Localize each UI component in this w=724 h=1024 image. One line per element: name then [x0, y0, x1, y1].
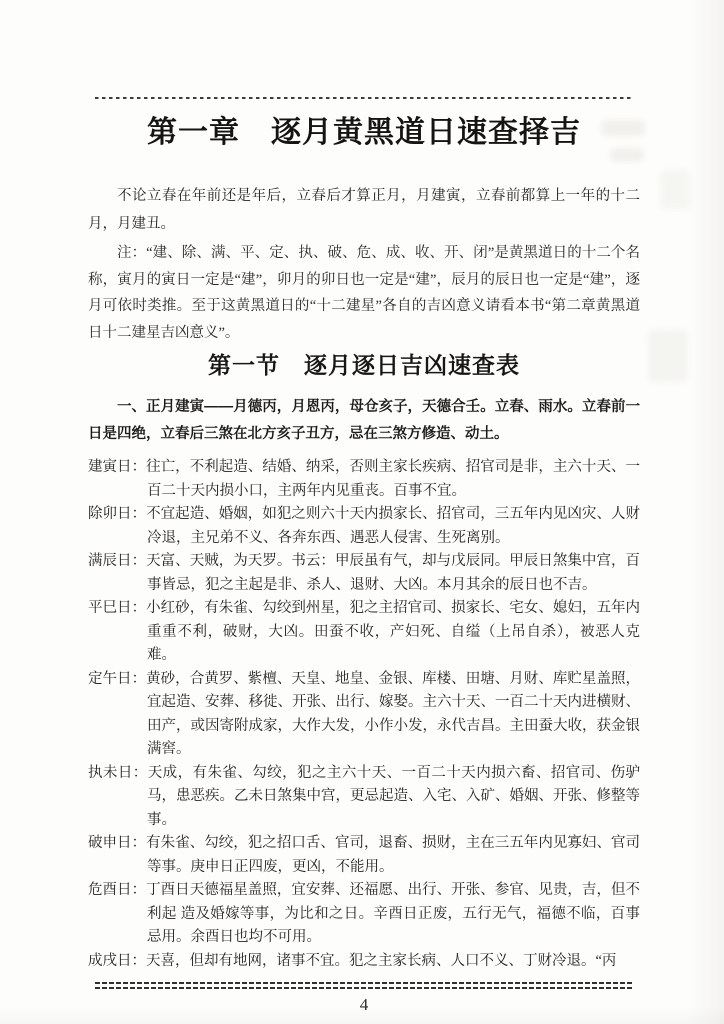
lead-paragraph: 一、正月建寅——月德丙，月恩丙，母仓亥子，天德合壬。立春、雨水。立春前一日是四绝…: [88, 394, 640, 448]
note-paragraph: 注：“建、除、满、平、定、执、破、危、成、收、开、闭”是黄黑道日的十二个名称，寅…: [88, 240, 640, 346]
entry-text: 天富、天贼，为天罗。书云：甲辰虽有气，却与戊辰同。甲辰日煞集中宫，百事皆忌，犯之…: [146, 553, 640, 593]
intro-paragraph: 不论立春在年前还是年后，立春后才算正月，月建寅，立春前都算上一年的十二月，月建丑…: [88, 182, 640, 238]
entry-row-chumao: 除卯日：不宜起造、婚姻，如犯之则六十天内损家长、招官司，三五年内见凶灾、人财冷退…: [88, 503, 640, 550]
entry-row-chengxu: 成戌日：天喜，但却有地网，诸事不宜。犯之主家长病、人口不义、丁财冷退。“丙: [88, 950, 640, 974]
chapter-title: 第一章 逐月黄黑道日速查择吉: [88, 110, 640, 156]
entry-text: 黄砂，合黄罗、紫檀、天皇、地皇、金银、库楼、田塘、月财、库贮星盖照，宜起造、安葬…: [146, 671, 640, 758]
entry-label: 执未日：: [88, 765, 148, 781]
entry-text: 丁酉日天德福星盖照，宜安葬、还福愿、出行、开张、参官、见贵，吉，但不利起 造及婚…: [146, 882, 640, 945]
entry-label: 除卯日：: [88, 506, 146, 522]
entry-row-zhiwei: 执未日：天成，有朱雀、勾绞，犯之主六十天、一百二十天内损六畜、招官司、伤驴马，患…: [88, 762, 640, 833]
entry-label: 平巳日：: [88, 600, 146, 616]
entry-text: 天成，有朱雀、勾绞，犯之主六十天、一百二十天内损六畜、招官司、伤驴马，患恶疾。乙…: [147, 765, 640, 828]
section-title: 第一节 逐月逐日吉凶速查表: [88, 348, 640, 382]
entry-text: 小红砂，有朱雀、勾绞到州星，犯之主招官司、损家长、宅女、媳妇，五年内重重不利，破…: [146, 600, 640, 663]
entry-text: 天喜，但却有地网，诸事不宜。犯之主家长病、人口不义、丁财冷退。“丙: [146, 953, 616, 969]
entry-row-dingwu: 定午日：黄砂，合黄罗、紫檀、天皇、地皇、金银、库楼、田塘、月财、库贮星盖照，宜起…: [88, 668, 640, 762]
ink-bleedthrough-mark: [660, 170, 690, 210]
page-number: 4: [88, 993, 640, 1017]
entry-label: 建寅日：: [88, 459, 146, 475]
entry-text: 往亡，不利起造、结婚、纳采，否则主家长疾病、招官司是非，主六十天、一百二十天内损…: [146, 459, 640, 499]
entry-row-weiyou: 危酉日：丁酉日天德福星盖照，宜安葬、还福愿、出行、开张、参官、见贵，吉，但不利起…: [88, 879, 640, 950]
entry-label: 成戌日：: [88, 953, 146, 969]
entry-row-pingsi: 平巳日：小红砂，有朱雀、勾绞到州星，犯之主招官司、损家长、宅女、媳妇，五年内重重…: [88, 597, 640, 668]
entry-label: 定午日：: [88, 671, 146, 687]
entry-row-manchen: 满辰日：天富、天贼，为天罗。书云：甲辰虽有气，却与戊辰同。甲辰日煞集中宫，百事皆…: [88, 550, 640, 597]
entry-label: 满辰日：: [88, 553, 146, 569]
entry-label: 破申日：: [88, 835, 146, 851]
scan-edge-shading: [688, 0, 724, 1024]
entry-text: 不宜起造、婚姻，如犯之则六十天内损家长、招官司，三五年内见凶灾、人财冷退，主兄弟…: [146, 506, 640, 546]
entry-row-jianyin: 建寅日：往亡，不利起造、结婚、纳采，否则主家长疾病、招官司是非，主六十天、一百二…: [88, 456, 640, 503]
top-divider: [95, 97, 632, 99]
ink-bleedthrough-mark: [648, 330, 688, 382]
bottom-divider: [95, 982, 632, 989]
entry-text: 有朱雀、勾绞，犯之招口舌、官司，退畜、损财，主在三五年内见寡妇、官司等事。庚申日…: [146, 835, 640, 875]
entry-row-poshen: 破申日：有朱雀、勾绞，犯之招口舌、官司，退畜、损财，主在三五年内见寡妇、官司等事…: [88, 832, 640, 879]
entries-list: 建寅日：往亡，不利起造、结婚、纳采，否则主家长疾病、招官司是非，主六十天、一百二…: [88, 456, 640, 973]
entry-label: 危酉日：: [88, 882, 146, 898]
